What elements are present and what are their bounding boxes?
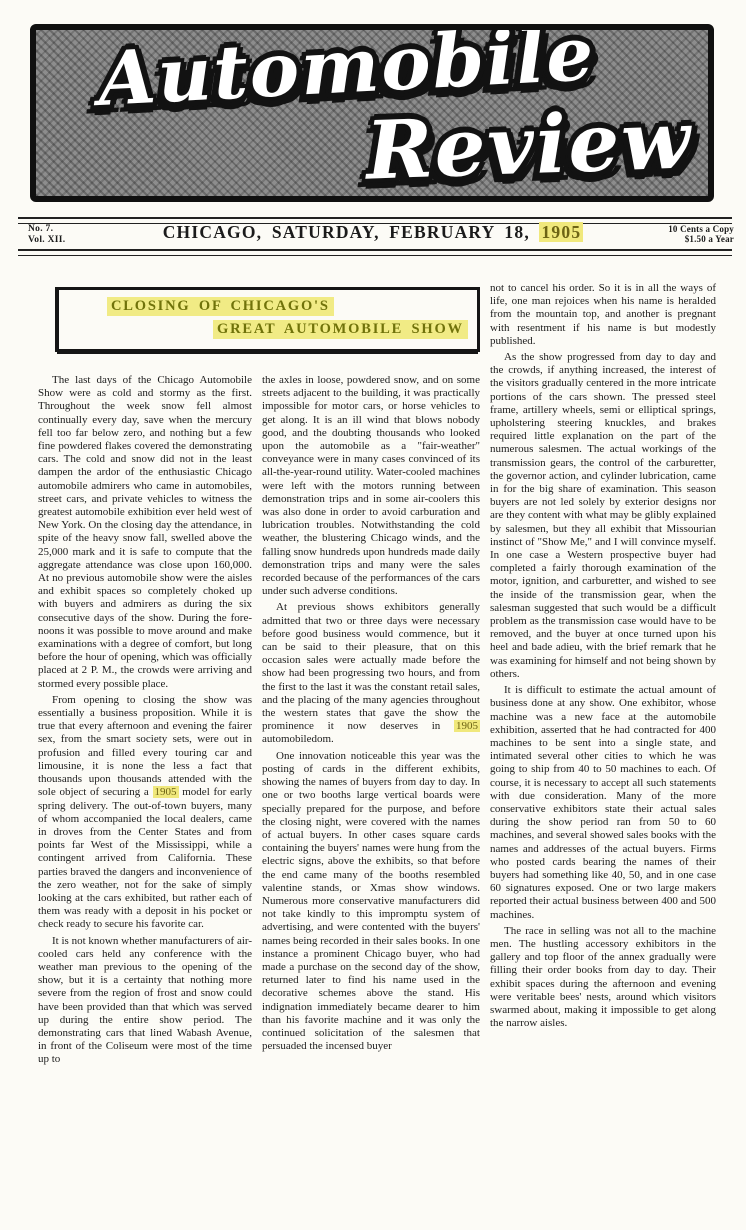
article-paragraph: At previous shows exhibitors generally a… — [262, 601, 480, 746]
dateline-city-date: CHICAGO, SATURDAY, FEBRUARY 18, — [163, 222, 530, 242]
headline-line-1: CLOSING OF CHICAGO'S — [107, 297, 334, 316]
article-paragraph: It is not known whether manufacturers of… — [38, 935, 252, 1067]
dateline-rule-bottom — [18, 249, 732, 256]
article-paragraph: not to cancel his order. So it is in all… — [490, 282, 716, 348]
masthead-title-review: Review — [364, 92, 693, 197]
article-paragraph: From opening to closing the show was ess… — [38, 694, 252, 932]
highlighted-year: 1905 — [454, 720, 480, 732]
article-column-3: not to cancel his order. So it is in all… — [490, 282, 716, 1033]
masthead-banner: Automobile Review — [30, 24, 714, 202]
dateline-year-highlight: 1905 — [539, 222, 583, 242]
price-per-year: $1.50 a Year — [668, 234, 734, 244]
article-paragraph: The last days of the Chicago Automobile … — [38, 374, 252, 691]
article-column-1: The last days of the Chicago Automobile … — [38, 374, 252, 1070]
price-block: 10 Cents a Copy $1.50 a Year — [668, 224, 734, 244]
article-column-2: the axles in loose, powdered snow, and o… — [262, 374, 480, 1056]
price-per-copy: 10 Cents a Copy — [668, 224, 734, 234]
article-paragraph: the axles in loose, powdered snow, and o… — [262, 374, 480, 598]
article-paragraph: It is difficult to estimate the actual a… — [490, 684, 716, 922]
article-paragraph: The race in selling was not all to the m… — [490, 925, 716, 1031]
article-paragraph: As the show progressed from day to day a… — [490, 351, 716, 681]
headline-line-2: GREAT AUTOMOBILE SHOW — [213, 320, 468, 339]
dateline-text: CHICAGO, SATURDAY, FEBRUARY 18, 1905 — [0, 222, 746, 243]
newspaper-page: Automobile Review No. 7. Vol. XII. CHICA… — [0, 0, 746, 1230]
article-paragraph: One innovation noticeable this year was … — [262, 750, 480, 1054]
highlighted-year: 1905 — [153, 786, 179, 798]
headline-box: CLOSING OF CHICAGO'S GREAT AUTOMOBILE SH… — [55, 287, 480, 352]
